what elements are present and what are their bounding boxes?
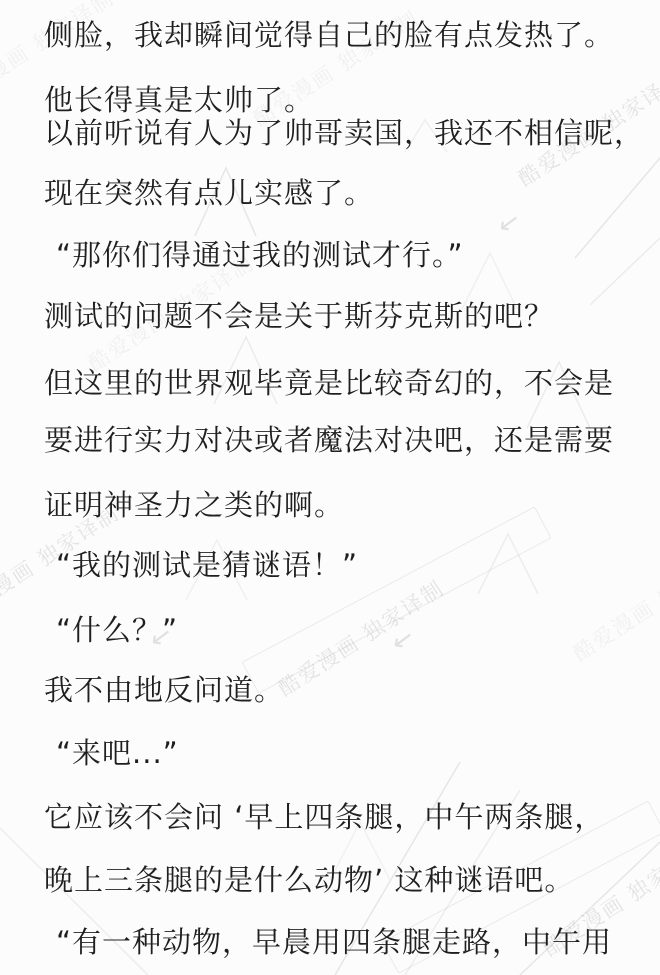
novel-text-page: 酷爱漫画 独家译制 酷爱漫画 独家译制 酷爱漫画 独家译制 酷爱漫画 独家译制 … — [0, 0, 660, 975]
text-line-dialogue: “来吧...” — [56, 736, 179, 770]
text-line: 他长得真是太帅了。 — [44, 83, 314, 117]
text-line: 侧脸，我却瞬间觉得自己的脸有点发热了。 — [44, 18, 614, 52]
text-line: 测试的问题不会是关于斯芬克斯的吧？ — [44, 299, 554, 333]
text-line-dialogue: “什么？” — [56, 613, 178, 647]
text-line: 证明神圣力之类的啊。 — [44, 488, 344, 522]
novel-text-body: 侧脸，我却瞬间觉得自己的脸有点发热了。 他长得真是太帅了。 以前听说有人为了帅哥… — [0, 0, 660, 975]
text-line: 以前听说有人为了帅哥卖国，我还不相信呢， — [44, 116, 644, 150]
text-line-dialogue: “那你们得通过我的测试才行。” — [56, 238, 464, 272]
text-line: 要进行实力对决或者魔法对决吧，还是需要 — [44, 423, 614, 457]
text-line: 我不由地反问道。 — [44, 673, 284, 707]
text-line: 它应该不会问 ‘早上四条腿，中午两条腿， — [44, 800, 604, 834]
text-line-dialogue: “有一种动物，早晨用四条腿走路，中午用 — [56, 925, 612, 959]
text-line: 现在突然有点儿实感了。 — [44, 176, 374, 210]
text-line: 但这里的世界观毕竟是比较奇幻的，不会是 — [44, 366, 614, 400]
text-line-dialogue: “我的测试是猜谜语！” — [56, 548, 358, 582]
text-line: 晚上三条腿的是什么动物’ 这种谜语吧。 — [44, 863, 574, 897]
